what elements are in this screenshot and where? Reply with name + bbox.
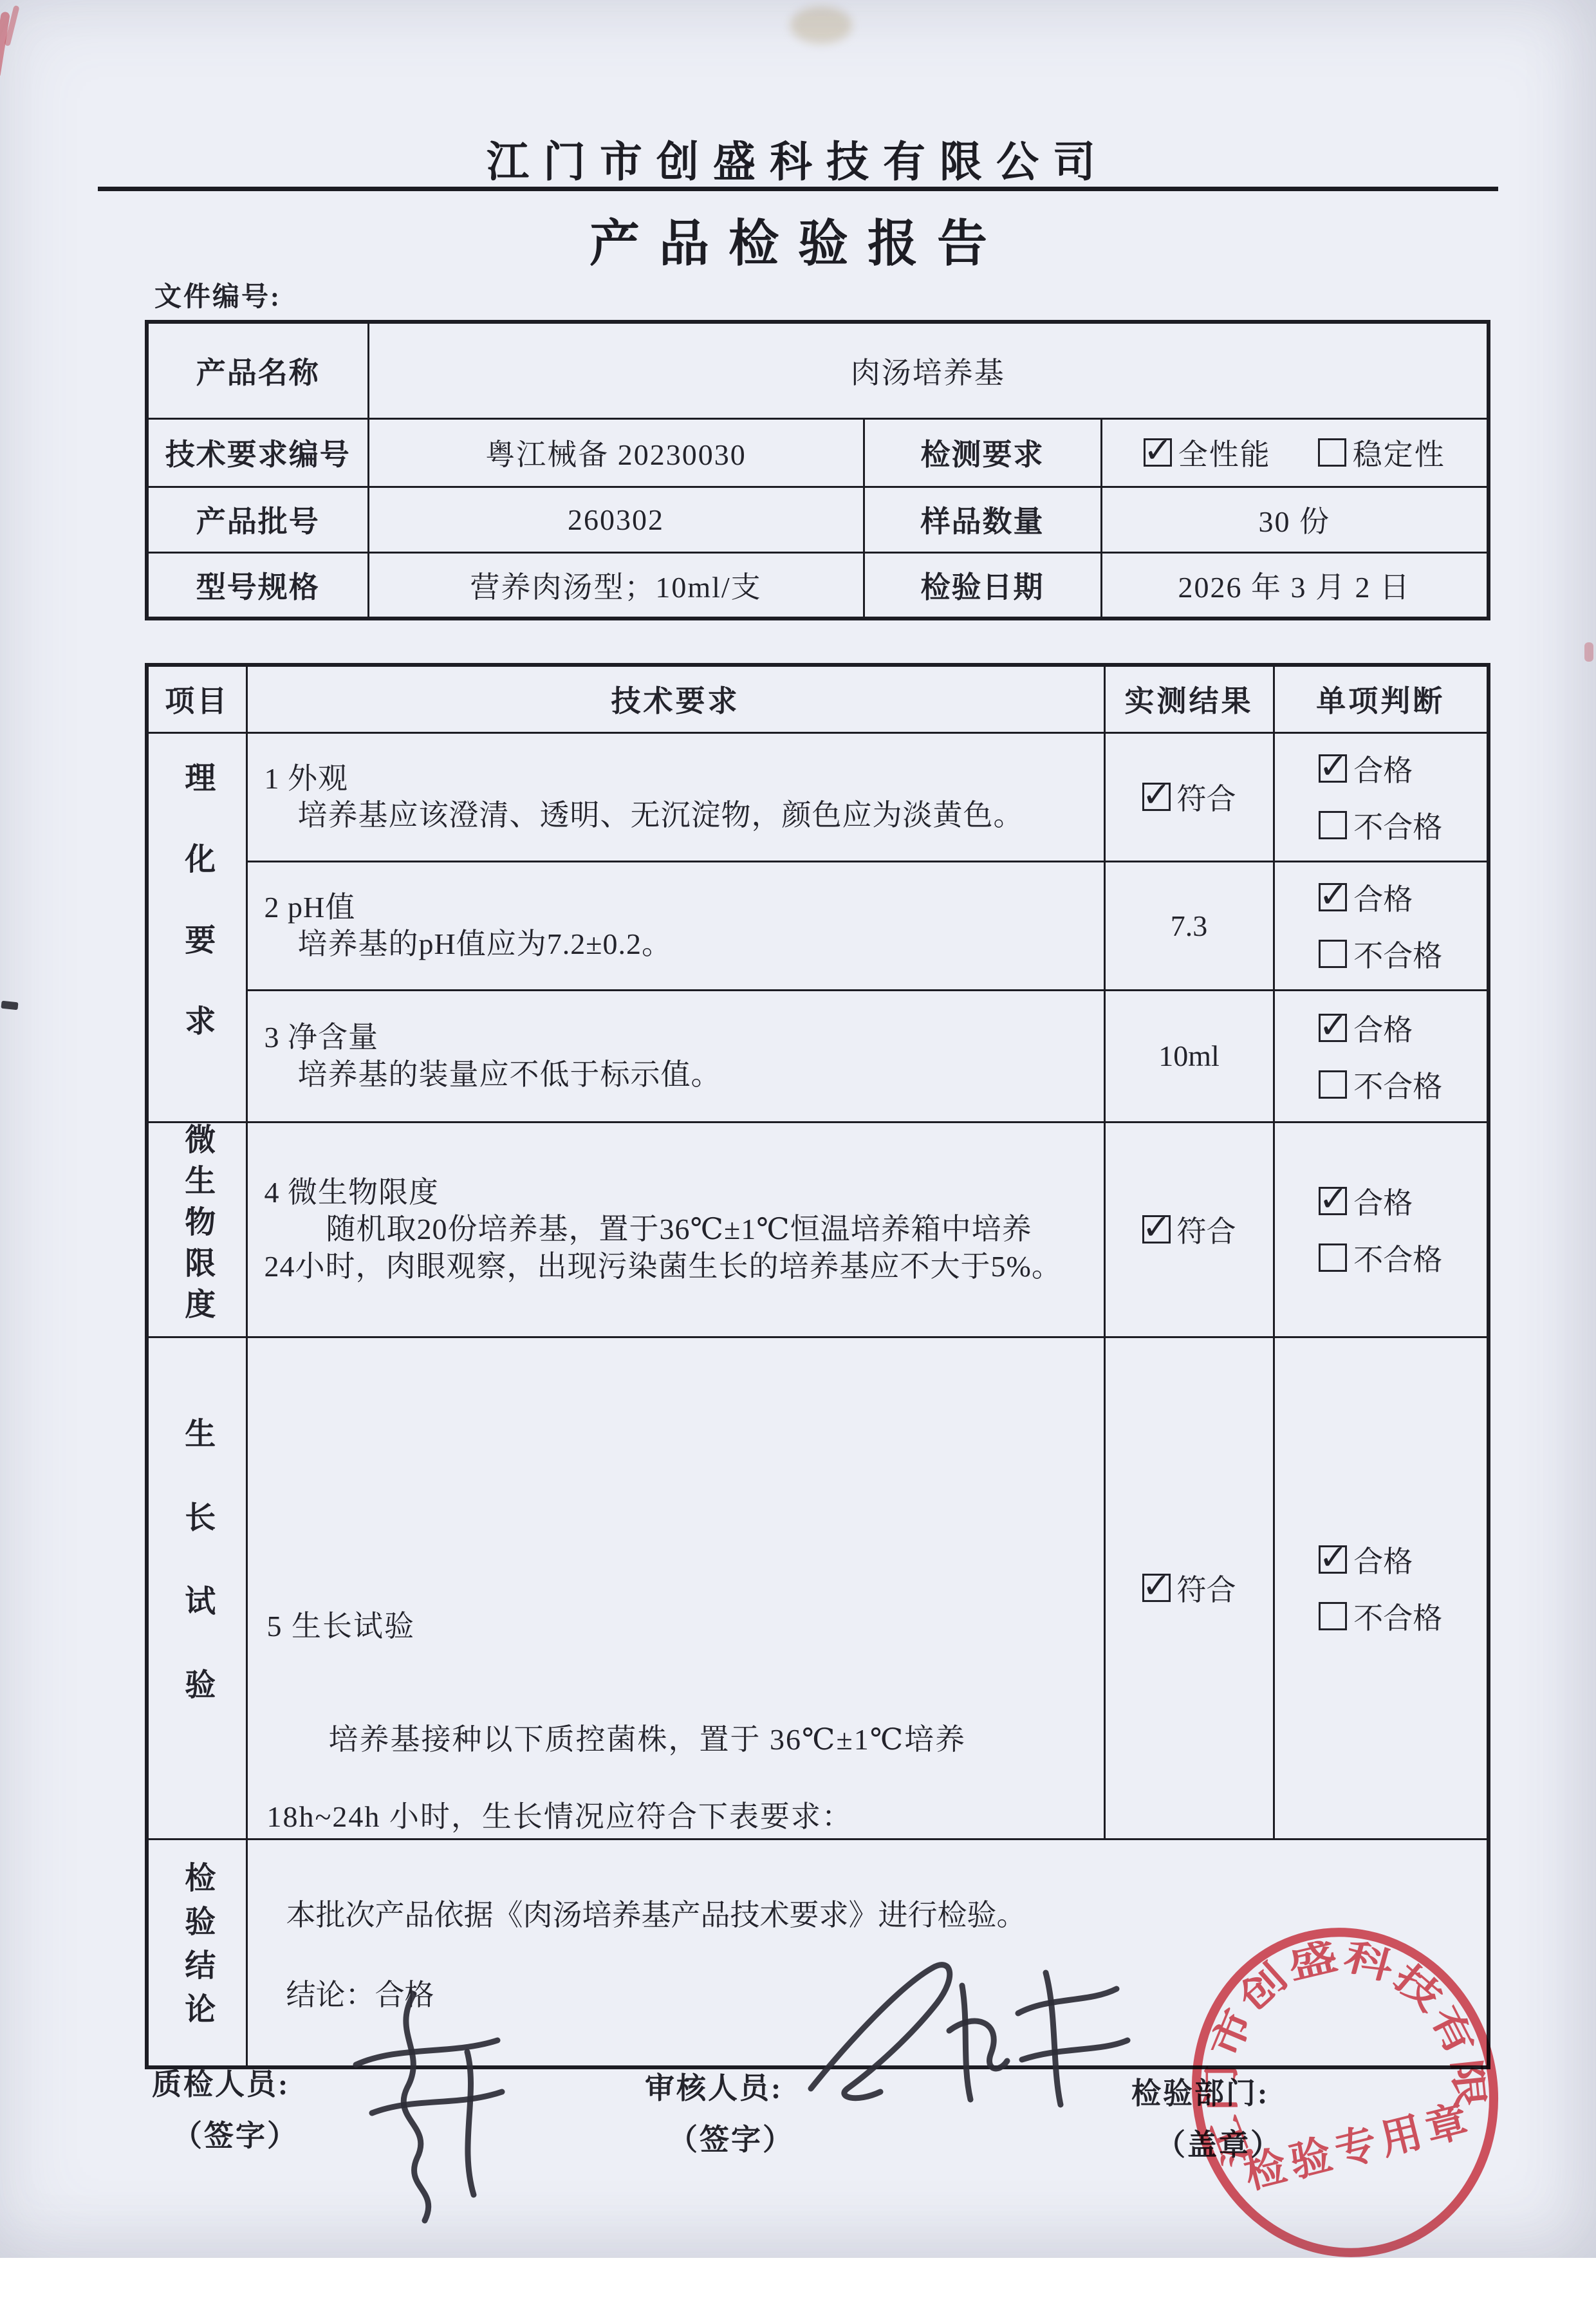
pass-label: 合格 — [1353, 1538, 1413, 1581]
company-title: 江门市创盛科技有限公司 — [0, 127, 1596, 189]
option-label: 全性能 — [1178, 431, 1271, 474]
header-judgement: 单项判断 — [1274, 665, 1489, 732]
fail-label: 不合格 — [1353, 804, 1442, 846]
checkbox-fail — [1319, 940, 1347, 968]
sample-qty-value: 30 份 — [1101, 487, 1489, 552]
fail-label: 不合格 — [1353, 1063, 1442, 1106]
tech-req-no-value: 粤江械备 20230030 — [368, 418, 864, 487]
sample-qty-label: 样品数量 — [864, 487, 1101, 552]
checkbox-conform — [1142, 1574, 1171, 1602]
requirement-net: 3 净含量 培养基的装量应不低于标示值。 — [246, 990, 1104, 1122]
checkbox-pass — [1319, 883, 1347, 911]
checkbox-pass — [1319, 1545, 1347, 1574]
scanned-report-page: 江门市创盛科技有限公司 产品检验报告 文件编号: 产品名称 肉汤培养基 技术要求… — [0, 0, 1596, 2258]
req-desc: 培养基的pH值应为7.2±0.2。 — [264, 926, 1087, 963]
result-text: 符合 — [1177, 1208, 1236, 1251]
judgement-net: 合格 不合格 — [1274, 990, 1489, 1122]
table-row: 产品名称 肉汤培养基 — [147, 322, 1489, 418]
option-stability: 稳定性 — [1318, 431, 1445, 474]
requirement-ph: 2 pH值 培养基的pH值应为7.2±0.2。 — [246, 861, 1104, 990]
req-title: 4 微生物限度 — [264, 1174, 1087, 1211]
fail-label: 不合格 — [1353, 1236, 1442, 1279]
req-desc: 培养基接种以下质控菌株，置于 36℃±1℃培养 — [267, 1722, 967, 1757]
product-name-label: 产品名称 — [147, 322, 368, 418]
table-row: 产品批号 260302 样品数量 30 份 — [147, 487, 1489, 552]
checkbox-pass — [1319, 1187, 1347, 1215]
table-row-ph: 2 pH值 培养基的pH值应为7.2±0.2。 7.3 合格 不合格 — [147, 861, 1489, 990]
group-conclusion: 检验结论 — [147, 1839, 246, 2067]
judgement-appearance: 合格 不合格 — [1274, 732, 1489, 861]
header-result: 实测结果 — [1104, 665, 1274, 732]
scan-artifact-red — [4, 5, 19, 46]
pass-label: 合格 — [1353, 876, 1413, 918]
qc-signature — [301, 1981, 520, 2232]
req-desc: 培养基的装量应不低于标示值。 — [264, 1056, 1087, 1094]
req-title: 5 生长试验 — [267, 1608, 416, 1644]
result-text: 符合 — [1177, 776, 1236, 818]
scan-artifact-smudge — [790, 6, 852, 44]
fail-label: 不合格 — [1353, 1595, 1442, 1637]
table-row-net-content: 3 净含量 培养基的装量应不低于标示值。 10ml 合格 不合格 — [147, 990, 1489, 1122]
req-desc: 随机取20份培养基，置于36℃±1℃恒温培养箱中培养 — [264, 1211, 1087, 1248]
table-row: 型号规格 营养肉汤型；10ml/支 检验日期 2026 年 3 月 2 日 — [147, 552, 1489, 619]
judgement-microbial: 合格 不合格 — [1274, 1122, 1489, 1337]
req-title: 2 pH值 — [264, 889, 1087, 926]
result-microbial: 符合 — [1104, 1122, 1274, 1337]
checkbox-conform — [1142, 783, 1171, 811]
checkbox-pass — [1319, 1014, 1347, 1042]
judgement-growth: 合格 不合格 — [1274, 1337, 1489, 1839]
req-desc: 18h~24h 小时，生长情况应符合下表要求： — [267, 1799, 853, 1834]
detect-req-label: 检测要求 — [864, 418, 1101, 487]
table-row-microbial: 微生物限度 4 微生物限度 随机取20份培养基，置于36℃±1℃恒温培养箱中培养… — [147, 1122, 1489, 1337]
scan-artifact-red — [1584, 642, 1593, 662]
req-desc: 培养基应该澄清、透明、无沉淀物，颜色应为淡黄色。 — [264, 797, 1087, 834]
checkbox-conform — [1142, 1215, 1171, 1243]
checkbox-fail — [1319, 1602, 1347, 1630]
checkbox-fail — [1319, 811, 1347, 839]
checkbox-full-performance — [1144, 438, 1172, 467]
checkbox-stability — [1318, 438, 1346, 467]
pass-label: 合格 — [1353, 747, 1413, 790]
product-info-table: 产品名称 肉汤培养基 技术要求编号 粤江械备 20230030 检测要求 全性能… — [145, 320, 1490, 620]
qc-person-label: 质检人员: — [152, 2061, 290, 2103]
checkbox-fail — [1319, 1070, 1347, 1099]
result-appearance: 符合 — [1104, 732, 1274, 861]
req-desc: 24小时，肉眼观察，出现污染菌生长的培养基应不大于5%。 — [264, 1248, 1087, 1285]
stamp-center-text: 检验专用章 — [1240, 2096, 1478, 2197]
inspection-result-table: 项目 技术要求 实测结果 单项判断 理化要求 1 外观 培养基应该澄清、透明、无… — [145, 663, 1490, 2069]
req-title: 1 外观 — [264, 760, 1087, 797]
table-header-row: 项目 技术要求 实测结果 单项判断 — [147, 665, 1489, 732]
model-value: 营养肉汤型；10ml/支 — [368, 552, 864, 619]
checkbox-fail — [1319, 1243, 1347, 1272]
scan-artifact-red — [0, 12, 10, 79]
tech-req-no-label: 技术要求编号 — [147, 418, 368, 487]
batch-value: 260302 — [368, 487, 864, 552]
doc-number-label: 文件编号: — [154, 275, 281, 314]
option-label: 稳定性 — [1353, 431, 1445, 474]
group-growth: 生长试验 — [147, 1337, 246, 1839]
result-growth: 符合 — [1104, 1337, 1274, 1839]
page-title: 产品检验报告 — [0, 203, 1596, 275]
requirement-growth: 5 生长试验 培养基接种以下质控菌株，置于 36℃±1℃培养 18h~24h 小… — [246, 1337, 1104, 1839]
date-label: 检验日期 — [864, 552, 1101, 619]
option-full-performance: 全性能 — [1144, 431, 1271, 474]
table-row-appearance: 理化要求 1 外观 培养基应该澄清、透明、无沉淀物，颜色应为淡黄色。 符合 合格… — [147, 732, 1489, 861]
req-title: 3 净含量 — [264, 1019, 1087, 1056]
group-physchem: 理化要求 — [147, 732, 246, 1122]
reviewer-signature — [766, 1950, 1146, 2137]
header-item: 项目 — [147, 665, 246, 732]
model-label: 型号规格 — [147, 552, 368, 619]
batch-label: 产品批号 — [147, 487, 368, 552]
judgement-ph: 合格 不合格 — [1274, 861, 1489, 990]
pass-label: 合格 — [1353, 1007, 1413, 1049]
group-micro: 微生物限度 — [147, 1122, 246, 1337]
date-value: 2026 年 3 月 2 日 — [1101, 552, 1489, 619]
detect-req-value: 全性能 稳定性 — [1101, 418, 1489, 487]
qc-sign-label: （签字） — [172, 2112, 299, 2155]
result-net: 10ml — [1104, 990, 1274, 1122]
reviewer-label: 审核人员: — [645, 2065, 783, 2107]
title-divider — [98, 187, 1498, 191]
requirement-microbial: 4 微生物限度 随机取20份培养基，置于36℃±1℃恒温培养箱中培养 24小时，… — [246, 1122, 1104, 1337]
result-ph: 7.3 — [1104, 861, 1274, 990]
pass-label: 合格 — [1353, 1180, 1413, 1222]
table-row: 技术要求编号 粤江械备 20230030 检测要求 全性能 稳定性 — [147, 418, 1489, 487]
table-row-growth: 生长试验 5 生长试验 培养基接种以下质控菌株，置于 36℃±1℃培养 18h~… — [147, 1337, 1489, 1839]
product-name-value: 肉汤培养基 — [368, 322, 1489, 418]
checkbox-pass — [1319, 754, 1347, 783]
result-text: 符合 — [1177, 1567, 1236, 1609]
requirement-appearance: 1 外观 培养基应该澄清、透明、无沉淀物，颜色应为淡黄色。 — [246, 732, 1104, 861]
header-requirement: 技术要求 — [246, 665, 1104, 732]
fail-label: 不合格 — [1353, 933, 1442, 975]
scan-artifact-black — [1, 1001, 18, 1011]
